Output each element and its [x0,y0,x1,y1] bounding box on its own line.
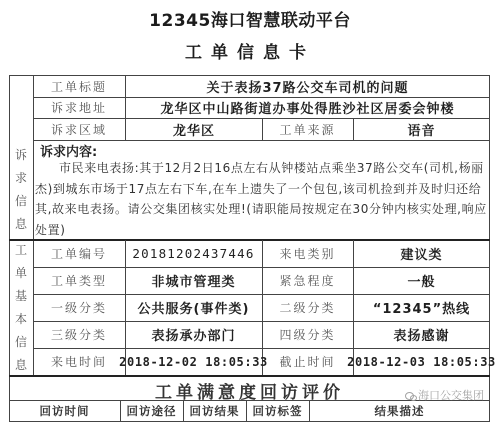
order-number-label: 工单编号 [33,240,125,267]
deadline-value: 2018-12-03 18:05:33 [353,348,490,375]
watermark-text: 海口公交集团 [418,387,484,403]
order-type-label: 工单类型 [33,267,125,294]
level3-category-value: 表扬承办部门 [125,321,262,348]
call-time-label: 来电时间 [33,348,125,375]
order-title-value: 关于表扬37路公交车司机的问题 [125,75,490,97]
column-header-visit-tag: 回访标签 [246,400,309,422]
order-title-label: 工单标题 [33,75,125,97]
level1-category-value: 公共服务(事件类) [125,294,262,321]
call-time-value: 2018-12-02 18:05:33 [125,348,262,375]
row-divider [33,140,490,141]
order-type-value: 非城市管理类 [125,267,262,294]
section-divider [9,375,490,377]
side-char: 工 [15,239,27,262]
order-number-value: 20181202437446 [125,240,262,267]
order-source-value: 语音 [353,118,490,140]
level4-category-value: 表扬感谢 [353,321,490,348]
side-char: 诉 [15,144,27,167]
level3-category-label: 三级分类 [33,321,125,348]
order-source-label: 工单来源 [262,118,353,140]
side-char: 息 [15,213,27,236]
level2-category-value: “12345”热线 [353,294,490,321]
call-type-value: 建议类 [353,240,490,267]
appeal-content-text: 市民来电表扬:其于12月2日16点左右从钟楼站点乘坐37路公交车(司机,杨丽杰)… [35,158,487,240]
appeal-region-label: 诉求区域 [33,118,125,140]
side-char: 单 [15,262,27,285]
side-char: 信 [15,331,27,354]
side-char: 基 [15,285,27,308]
appeal-address-value: 龙华区中山路街道办事处得胜沙社区居委会钟楼 [125,97,490,118]
level4-category-label: 四级分类 [262,321,353,348]
side-char: 求 [15,167,27,190]
level1-category-label: 一级分类 [33,294,125,321]
column-header-visit-time: 回访时间 [9,400,120,422]
appeal-region-value: 龙华区 [125,118,262,140]
column-header-visit-result: 回访结果 [183,400,246,422]
basic-info-side-label: 工 单 基 本 信 息 [9,240,33,376]
level2-category-label: 二级分类 [262,294,353,321]
watermark: 海口公交集团 [405,387,484,403]
column-header-result-description: 结果描述 [309,400,490,422]
card-title: 工单信息卡 [0,38,500,63]
deadline-label: 截止时间 [262,348,353,375]
urgency-label: 紧急程度 [262,267,353,294]
side-char: 信 [15,190,27,213]
urgency-value: 一般 [353,267,490,294]
side-char: 本 [15,308,27,331]
side-char: 息 [15,354,27,377]
appeal-address-label: 诉求地址 [33,97,125,118]
platform-title: 12345海口智慧联动平台 [0,6,500,31]
appeal-info-side-label: 诉 求 信 息 [9,140,33,239]
call-type-label: 来电类别 [262,240,353,267]
column-header-visit-channel: 回访途径 [120,400,183,422]
wechat-icon [405,391,416,400]
